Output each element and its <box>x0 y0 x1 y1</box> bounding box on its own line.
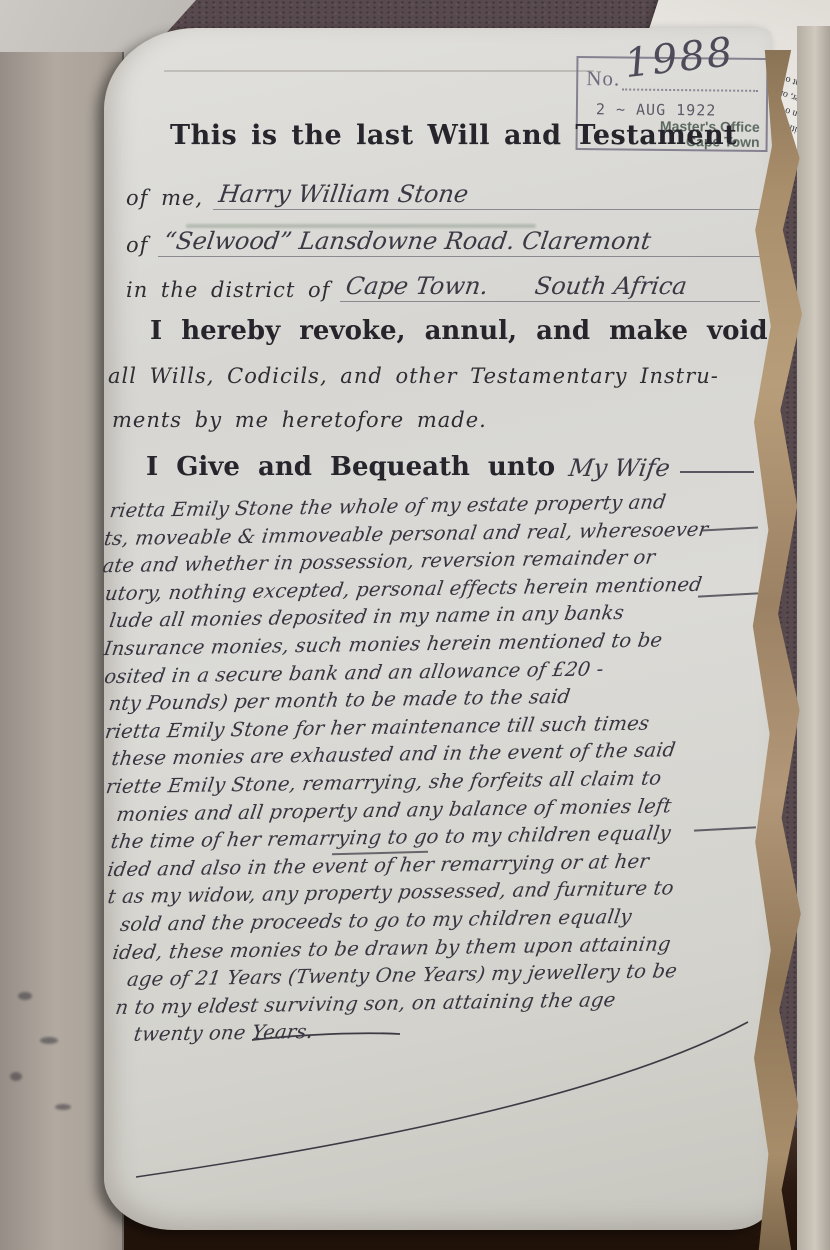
district-field: Cape Town. South Africa <box>340 272 760 302</box>
address-field: “Selwood” Lansdowne Road. Claremont <box>158 227 760 257</box>
testator-name-field: Harry William Stone <box>213 180 760 210</box>
ink-smudge <box>55 1104 71 1110</box>
cancellation-line <box>104 986 764 1212</box>
ink-dash <box>680 471 754 473</box>
district-label: in the district of <box>126 278 330 302</box>
page-edge-strip <box>797 26 830 1250</box>
revoke-line3: ments by me heretofore made. <box>112 408 487 432</box>
testator-name: Harry William Stone <box>217 180 470 208</box>
testator-address: “Selwood” Lansdowne Road. Claremont <box>162 227 653 255</box>
ink-smudge <box>10 1072 22 1081</box>
stamp-no-label: No. <box>586 66 620 91</box>
stamp-date: 2 ~ AUG 1922 <box>596 100 717 119</box>
handwritten-body: rietta Emily Stone the whole of my estat… <box>102 489 767 1051</box>
paper-crease <box>164 70 594 72</box>
bequeath-heading: I Give and Bequeath unto <box>146 452 555 482</box>
ink-smudge <box>18 992 32 1000</box>
form-row-district: in the district of Cape Town. South Afri… <box>126 272 760 302</box>
revoke-line2: all Wills, Codicils, and other Testament… <box>108 364 719 388</box>
revoke-heading: I hereby revoke, annul, and make void <box>150 316 768 346</box>
stamp-number: 1988 <box>622 29 736 87</box>
district-country: South Africa <box>533 272 689 300</box>
form-row-testator: of me, Harry William Stone <box>126 180 760 210</box>
of-label: of <box>126 233 148 257</box>
bequeath-clause: I Give and Bequeath unto My Wife <box>146 452 760 482</box>
of-me-label: of me, <box>126 186 203 210</box>
district-city: Cape Town. <box>344 272 490 300</box>
document-photo: { "page": { "stamp": { "no_label": "No."… <box>0 0 830 1250</box>
bequeath-beneficiary: My Wife <box>567 454 672 482</box>
will-page: No. 1988 2 ~ AUG 1922 Master's Office Ca… <box>104 28 772 1230</box>
will-title: This is the last Will and Testament <box>170 120 737 151</box>
stamp-dotted-line <box>622 88 758 91</box>
form-row-address: of “Selwood” Lansdowne Road. Claremont <box>126 227 760 257</box>
ink-smudge <box>40 1037 58 1044</box>
